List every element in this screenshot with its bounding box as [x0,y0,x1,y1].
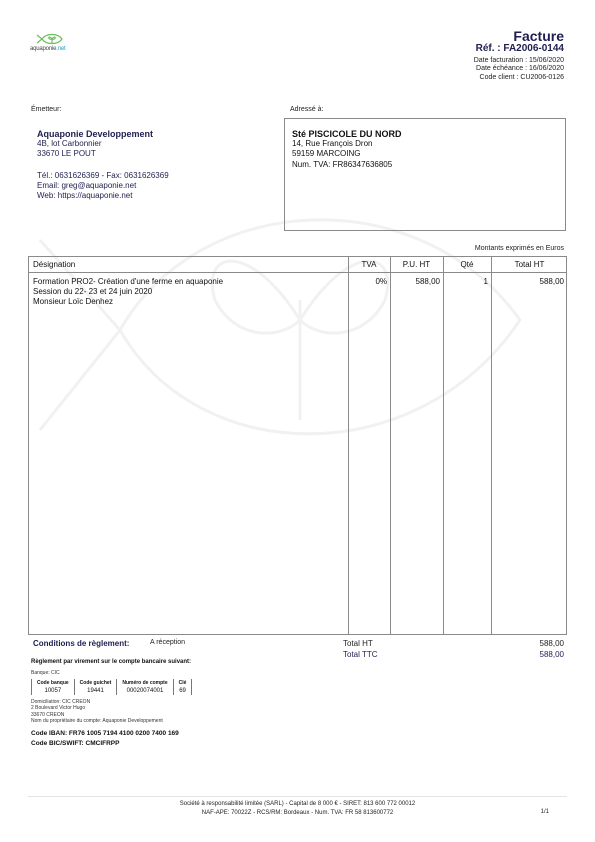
payment-terms-label: Conditions de règlement: [33,639,129,648]
recipient-name: Sté PISCICOLE DU NORD [292,129,402,139]
account-number: 00020074001 [117,687,173,695]
sender-address-line1: 4B, lot Carbonnier [37,139,169,149]
bank-name: Banque: CIC [31,670,60,676]
iban: Code IBAN: FR76 1005 7194 4100 0200 7400… [31,730,179,737]
header-designation: Désignation [33,260,75,269]
branch-code-header: Code guichet [74,679,117,687]
client-code: Code client : CU2006-0126 [474,74,564,82]
invoice-reference: Réf. : FA2006-0144 [476,43,564,54]
page-number: 1/1 [541,809,549,815]
account-key: 69 [173,687,192,695]
item-attendee: Monsieur Loïc Denhez [33,297,223,307]
sender-label: Émetteur: [31,106,61,113]
sender-phone: Tél.: 0631626369 - Fax: 0631626369 [37,171,169,181]
sender-email[interactable]: Email: greg@aquaponie.net [37,181,169,191]
legal-footer: Société à responsabilité limitée (SARL) … [0,800,595,817]
total-ttc-label: Total TTC [343,650,378,659]
sender-block: Aquaponie Developpement 4B, lot Carbonni… [37,129,169,201]
account-number-header: Numéro de compte [117,679,173,687]
document-title: Facture [513,28,564,44]
column-divider [491,257,492,634]
table-row-designation: Formation PRO2- Création d'une ferme en … [33,277,223,307]
logo-text: aquaponie.net [30,46,65,52]
item-pu-ht: 588,00 [390,277,440,286]
bic-swift: Code BIC/SWIFT: CMCIFRPP [31,740,119,747]
invoice-date: Date facturation : 15/06/2020 [474,57,564,65]
bank-account-table: Code banque Code guichet Numéro de compt… [31,679,192,695]
bank-domiciliation: Domiciliation: CIC CREON 2 Boulevard Vic… [31,699,163,724]
item-tva: 0% [348,277,387,286]
recipient-label: Adressé à: [290,106,323,113]
footer-divider [28,796,567,797]
header-total-ht: Total HT [491,260,568,269]
bank-code-header: Code banque [32,679,75,687]
account-owner: Nom du propriétaire du compte: Aquaponie… [31,718,163,724]
key-header: Clé [173,679,192,687]
item-session: Session du 22- 23 et 24 juin 2020 [33,287,223,297]
header-pu-ht: P.U. HT [390,260,443,269]
payment-terms-value: A réception [150,639,185,646]
column-divider [390,257,391,634]
item-title: Formation PRO2- Création d'une ferme en … [33,277,223,287]
total-ht-label: Total HT [343,639,373,648]
sender-website[interactable]: Web: https://aquaponie.net [37,191,169,201]
header-qty: Qté [443,260,491,269]
items-table: Désignation TVA P.U. HT Qté Total HT For… [28,256,567,635]
branch-code: 19441 [74,687,117,695]
bank-code: 10057 [32,687,75,695]
legal-line1: Société à responsabilité limitée (SARL) … [0,800,595,809]
legal-line2: NAF-APE: 70022Z - RCS/RM: Bordeaux - Num… [0,809,595,818]
sender-name: Aquaponie Developpement [37,129,169,139]
recipient-address-line2: 59159 MARCOING [292,149,402,159]
recipient-vat: Num. TVA: FR86347636805 [292,160,402,170]
due-date: Date échéance : 16/06/2020 [474,65,564,73]
column-divider [348,257,349,634]
sender-address-line2: 33670 LE POUT [37,149,169,159]
recipient-block: Sté PISCICOLE DU NORD 14, Rue François D… [292,129,402,170]
header-tva: TVA [348,260,390,269]
fish-sprout-icon [30,30,80,56]
recipient-address-line1: 14, Rue François Dron [292,139,402,149]
total-ht-value: 588,00 [540,639,564,648]
column-divider [443,257,444,634]
bank-transfer-title: Règlement par virement sur le compte ban… [31,659,191,665]
invoice-meta: Date facturation : 15/06/2020 Date échéa… [474,57,564,82]
item-qty: 1 [443,277,488,286]
item-total-ht: 588,00 [491,277,564,286]
currency-note: Montants exprimés en Euros [475,245,564,252]
total-ttc-value: 588,00 [540,650,564,659]
